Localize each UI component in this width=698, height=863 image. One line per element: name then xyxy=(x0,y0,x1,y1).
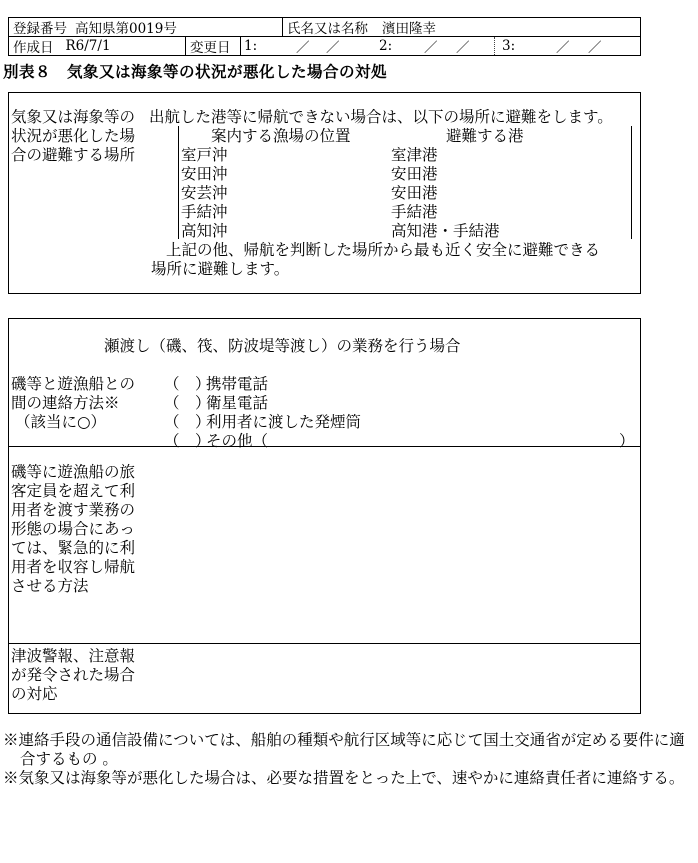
change1-label: 1: xyxy=(244,38,257,54)
table-row-port: 安田港 xyxy=(391,185,438,202)
table-row-port: 室津港 xyxy=(391,147,438,164)
table-row-spot: 安田沖 xyxy=(181,166,228,183)
table-row-spot: 高知沖 xyxy=(181,223,228,240)
contact-method-label: 間の連絡方法※ xyxy=(11,395,120,412)
document-page: 登録番号 高知県第0019号 氏名又は名称 濱田隆幸 作成日 R6/7/1 変更… xyxy=(0,0,698,863)
name-value: 濱田隆幸 xyxy=(382,18,436,36)
sewatashi-box: 瀬渡し（磯、筏、防波堤等渡し）の業務を行う場合 磯等と遊漁船との 間の連絡方法※… xyxy=(8,318,641,714)
option-checkbox: （ ） xyxy=(164,376,211,393)
change1-slash: ／ xyxy=(326,37,340,55)
inner-table-right-border xyxy=(631,126,632,239)
emergency-return-label: 客定員を超えて利 xyxy=(11,483,135,500)
emergency-return-label: ては、緊急的に利 xyxy=(11,540,135,557)
created-date-cell: 作成日 R6/7/1 xyxy=(9,37,186,55)
change1-slash: ／ xyxy=(296,37,310,55)
page-title: 別表８ 気象又は海象等の状況が悪化した場合の対処 xyxy=(3,60,387,82)
option-other-close-paren: ） xyxy=(619,433,635,450)
evacuation-row-label: 気象又は海象等の xyxy=(11,109,135,126)
registration-value: 高知県第0019号 xyxy=(75,18,177,36)
dotted-divider xyxy=(494,37,495,55)
tsunami-label: 津波警報、注意報 xyxy=(11,648,135,665)
change-dates-cell: 1: ／ ／ 2: ／ ／ 3: ／ ／ xyxy=(241,37,640,55)
table-row-port: 高知港・手結港 xyxy=(391,223,500,240)
option-checkbox: （ ） xyxy=(164,395,211,412)
inner-table-left-border xyxy=(178,126,179,239)
column-header-fishing-spot: 案内する漁場の位置 xyxy=(211,128,351,145)
evacuation-note: 場所に避難します。 xyxy=(151,261,289,278)
tsunami-label: が発令された場合 xyxy=(11,667,135,684)
evacuation-intro: 出航した港等に帰航できない場合は、以下の場所に避難をします。 xyxy=(149,109,613,126)
section-divider xyxy=(9,446,640,447)
emergency-return-label: させる方法 xyxy=(11,578,89,595)
footnote: ※連絡手段の通信設備については、船舶の種類や航行区域等に応じて国土交通省が定める… xyxy=(3,732,685,749)
name-label: 氏名又は名称 xyxy=(287,18,368,36)
emergency-return-label: 用者を収容し帰航 xyxy=(11,559,135,576)
header-table: 登録番号 高知県第0019号 氏名又は名称 濱田隆幸 作成日 R6/7/1 変更… xyxy=(8,17,641,56)
change3-label: 3: xyxy=(502,38,515,54)
evacuation-row-label: 状況が悪化した場 xyxy=(11,128,135,145)
table-row-spot: 安芸沖 xyxy=(181,185,228,202)
contact-method-label: （該当に○） xyxy=(15,414,106,431)
option-label-other: その他（ xyxy=(206,433,268,450)
evacuation-box: 気象又は海象等の 状況が悪化した場 合の避難する場所 出航した港等に帰航できない… xyxy=(8,92,641,294)
change2-slash: ／ xyxy=(456,37,470,55)
option-label-smoke-signal: 利用者に渡した発煙筒 xyxy=(206,414,361,431)
option-label-satellite-phone: 衛星電話 xyxy=(206,395,268,412)
registration-label: 登録番号 xyxy=(13,18,67,36)
contact-method-label: 磯等と遊漁船との xyxy=(11,376,135,393)
table-row-spot: 手結沖 xyxy=(181,204,228,221)
evacuation-note: 上記の他、帰航を判断した場所から最も近く安全に避難できる xyxy=(166,242,600,259)
option-checkbox: （ ） xyxy=(164,433,211,450)
modified-date-label: 変更日 xyxy=(190,37,231,55)
created-date-label: 作成日 xyxy=(13,37,54,55)
evacuation-row-label: 合の避難する場所 xyxy=(11,147,135,164)
table-row-spot: 室戸沖 xyxy=(181,147,228,164)
tsunami-label: の対応 xyxy=(11,686,58,703)
section-divider xyxy=(9,643,640,644)
change3-slash: ／ xyxy=(556,37,570,55)
sewatashi-header: 瀬渡し（磯、筏、防波堤等渡し）の業務を行う場合 xyxy=(104,338,461,355)
footnote: 合するもの 。 xyxy=(20,751,118,768)
emergency-return-label: 形態の場合にあっ xyxy=(11,521,135,538)
change2-slash: ／ xyxy=(424,37,438,55)
footnote: ※気象又は海象等が悪化した場合は、必要な措置をとった上で、速やかに連絡責任者に連… xyxy=(3,770,684,787)
change2-label: 2: xyxy=(379,38,392,54)
header-row-dates: 作成日 R6/7/1 変更日 1: ／ ／ 2: ／ ／ 3: ／ ／ xyxy=(9,37,640,55)
header-row-registration: 登録番号 高知県第0019号 氏名又は名称 濱田隆幸 xyxy=(9,18,640,37)
column-header-evacuation-port: 避難する港 xyxy=(446,128,524,145)
emergency-return-label: 用者を渡す業務の xyxy=(11,502,135,519)
table-row-port: 安田港 xyxy=(391,166,438,183)
emergency-return-label: 磯等に遊漁船の旅 xyxy=(11,464,135,481)
name-cell: 氏名又は名称 濱田隆幸 xyxy=(283,18,640,36)
option-label-mobile-phone: 携帯電話 xyxy=(206,376,268,393)
modified-date-cell: 変更日 xyxy=(186,37,241,55)
change3-slash: ／ xyxy=(588,37,602,55)
registration-cell: 登録番号 高知県第0019号 xyxy=(9,18,283,36)
option-checkbox: （ ） xyxy=(164,414,211,431)
table-row-port: 手結港 xyxy=(391,204,438,221)
created-date-value: R6/7/1 xyxy=(66,38,111,54)
